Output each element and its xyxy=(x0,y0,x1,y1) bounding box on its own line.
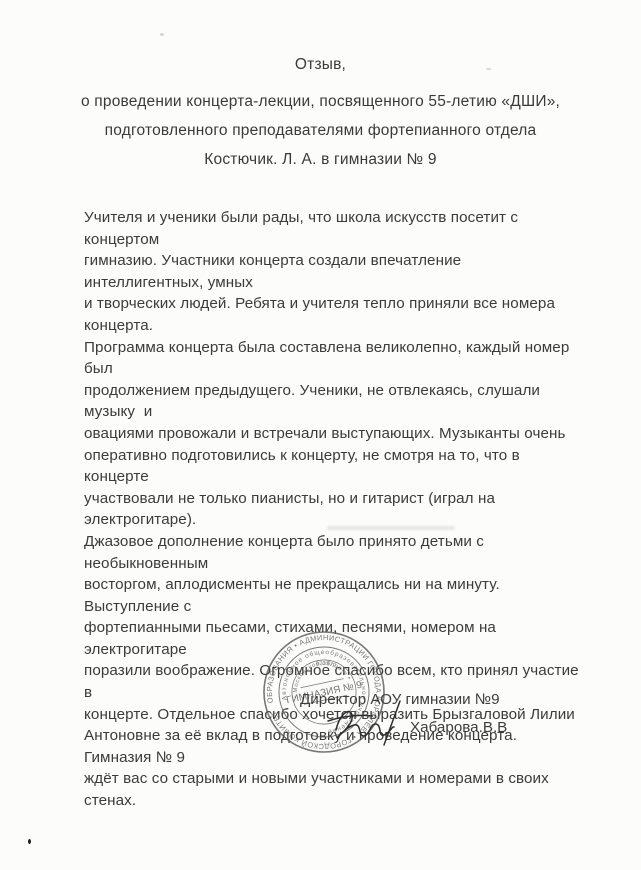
text-line: продолжением предыдущего. Ученики, не от… xyxy=(84,380,584,423)
text-line: гимназию. Участники концерта создали впе… xyxy=(84,250,584,293)
text-line: овациями провожали и встречали выступающ… xyxy=(84,423,584,445)
text-line: восторгом, аплодисменты не прекращались … xyxy=(84,574,584,617)
document-subtitle-line-1: о проведении концерта-лекции, посвященно… xyxy=(0,93,641,111)
text-line: Учителя и ученики были рады, что школа и… xyxy=(84,207,584,250)
document-subtitle-line-3: Костючик. Л. А. в гимназии № 9 xyxy=(0,151,641,169)
text-line: и творческих людей. Ребята и учителя теп… xyxy=(84,293,584,336)
scanned-review-document: Отзыв, о проведении концерта-лекции, пос… xyxy=(0,0,641,870)
ink-speck xyxy=(28,839,31,844)
text-line: Джазовое дополнение концерта было принят… xyxy=(84,531,584,574)
document-title: Отзыв, xyxy=(0,56,641,74)
text-line: оперативно подготовились к концерту, не … xyxy=(84,445,584,488)
scan-speck xyxy=(486,68,491,70)
scan-smudge-mark xyxy=(327,526,455,530)
text-line: участвовали не только пианисты, но и гит… xyxy=(84,488,584,531)
document-subtitle-line-2: подготовленного преподавателями фортепиа… xyxy=(0,122,641,140)
scan-speck xyxy=(160,33,164,36)
handwritten-signature xyxy=(326,699,410,747)
signer-name: Хабарова.В.В xyxy=(410,719,507,736)
text-line: Программа концерта была составлена велик… xyxy=(84,337,584,380)
text-line: ждёт вас со старыми и новыми участниками… xyxy=(84,768,584,811)
